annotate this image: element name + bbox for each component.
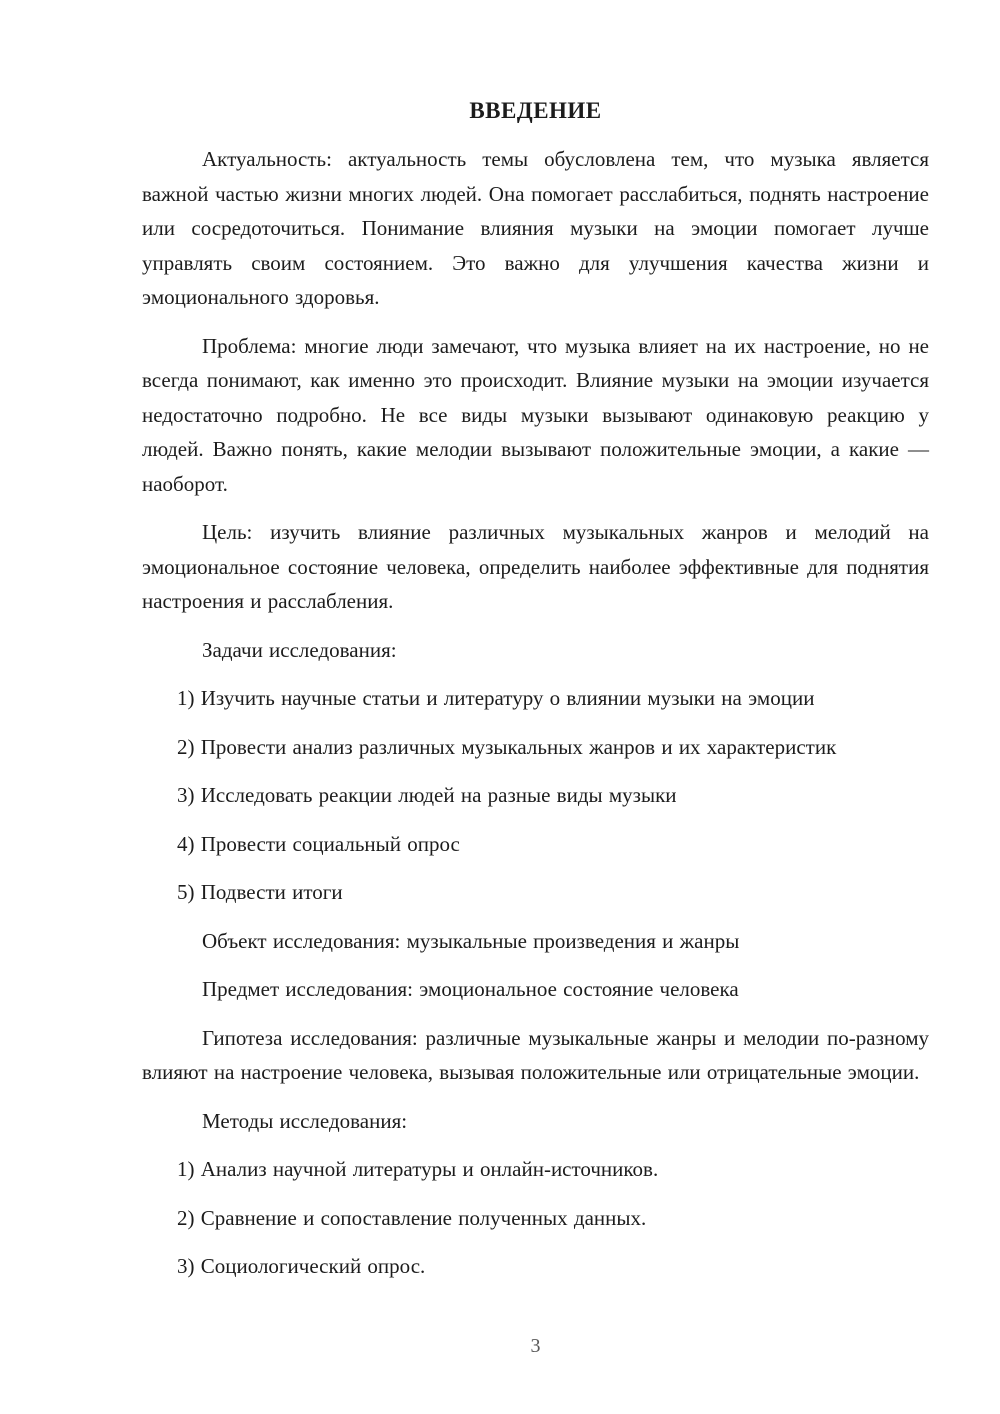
task-item-4: 4) Провести социальный опрос — [142, 827, 929, 862]
paragraph-hypothesis: Гипотеза исследования: различные музыкал… — [142, 1021, 929, 1090]
task-item-5: 5) Подвести итоги — [142, 875, 929, 910]
method-item-2: 2) Сравнение и сопоставление полученных … — [142, 1201, 929, 1236]
paragraph-methods-label: Методы исследования: — [142, 1104, 929, 1139]
paragraph-tasks-label: Задачи исследования: — [142, 633, 929, 668]
document-body: Актуальность: актуальность темы обусловл… — [142, 142, 929, 1284]
paragraph-object: Объект исследования: музыкальные произве… — [142, 924, 929, 959]
paragraph-goal: Цель: изучить влияние различных музыкаль… — [142, 515, 929, 619]
task-item-3: 3) Исследовать реакции людей на разные в… — [142, 778, 929, 813]
paragraph-problem: Проблема: многие люди замечают, что музы… — [142, 329, 929, 502]
page-title: ВВЕДЕНИЕ — [142, 94, 929, 128]
task-item-1: 1) Изучить научные статьи и литературу о… — [142, 681, 929, 716]
page-number: 3 — [142, 1334, 929, 1358]
method-item-1: 1) Анализ научной литературы и онлайн-ис… — [142, 1152, 929, 1187]
document-page: ВВЕДЕНИЕ Актуальность: актуальность темы… — [0, 0, 1000, 1414]
paragraph-relevance: Актуальность: актуальность темы обусловл… — [142, 142, 929, 315]
method-item-3: 3) Социологический опрос. — [142, 1249, 929, 1284]
task-item-2: 2) Провести анализ различных музыкальных… — [142, 730, 929, 765]
paragraph-subject: Предмет исследования: эмоциональное сост… — [142, 972, 929, 1007]
